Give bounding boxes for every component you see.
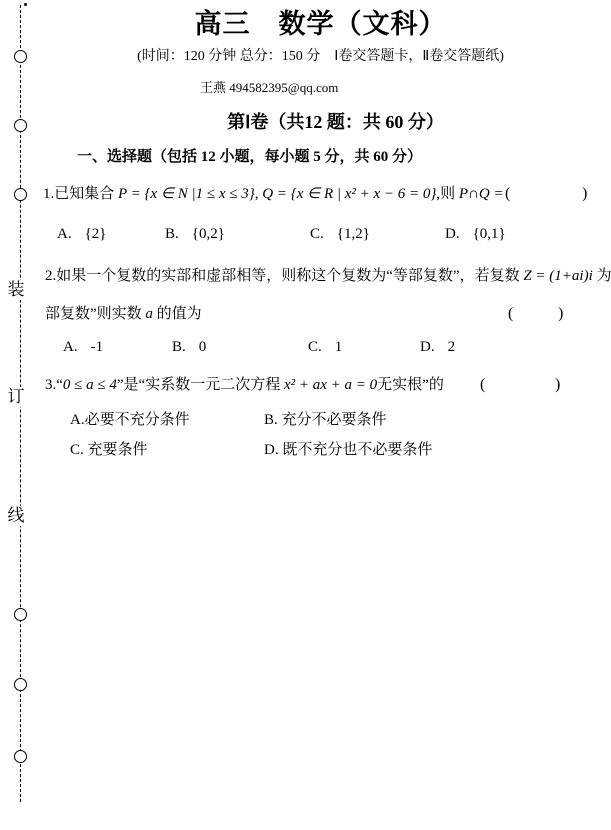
- q1-math-set-q: Q = {x ∈ R | x² + x − 6 = 0}: [262, 186, 436, 202]
- q2-answer-paren-open: (: [508, 304, 513, 324]
- q3-answer-paren-open: (: [480, 375, 485, 395]
- exam-info-line: (时间：120 分钟 总分：150 分 Ⅰ卷交答题卡，Ⅱ卷交答题纸): [30, 45, 611, 65]
- q1-option-c-label: C.: [310, 226, 324, 242]
- q2-option-a-value: -1: [91, 339, 104, 355]
- q2-option-b: B.0: [172, 337, 206, 357]
- q3-option-a: A.必要不充分条件: [70, 410, 190, 430]
- q2-text-line2-post: 的值为: [153, 306, 202, 322]
- section-1-title: 第Ⅰ卷（共12 题：共 60 分）: [60, 108, 611, 134]
- q3-math-inequality: 0 ≤ a ≤ 4: [63, 377, 117, 393]
- q3-math-quadratic: x² + ax + a = 0: [284, 377, 377, 393]
- q2-option-d-value: 2: [448, 339, 456, 355]
- q2-text-line2-pre: 部复数”则实数: [45, 306, 145, 322]
- q3-answer-paren-close: ): [555, 375, 560, 395]
- multiple-choice-heading: 一、选择题（包括 12 小题，每小题 5 分，共 60 分）: [77, 145, 422, 166]
- question-3-options-row2: C. 充要条件 D. 既不充分也不必要条件: [0, 440, 611, 462]
- q3-text-post: 无实根”的: [377, 377, 444, 393]
- q1-option-c: C.{1,2}: [310, 224, 370, 244]
- q2-option-c: C.1: [308, 337, 342, 357]
- page-title: 高三 数学（文科）: [30, 2, 611, 41]
- q1-option-a-value: {2}: [85, 226, 107, 242]
- q3-option-c: C. 充要条件: [70, 440, 148, 460]
- q1-option-b: B.{0,2}: [165, 224, 225, 244]
- q3-option-d: D. 既不充分也不必要条件: [264, 440, 432, 460]
- q2-text-line1-post: 为“等: [593, 268, 611, 284]
- q3-text-pre: 3.“: [45, 377, 63, 393]
- q1-option-b-value: {0,2}: [192, 226, 225, 242]
- q1-math-intersection: P∩Q =: [459, 186, 504, 202]
- stray-mark: [24, 3, 27, 6]
- question-1-text: 1.已知集合 P = {x ∈ N |1 ≤ x ≤ 3}, Q = {x ∈ …: [0, 184, 611, 204]
- binding-hole: [14, 119, 27, 132]
- question-1-options: A.{2} B.{0,2} C.{1,2} D.{0,1}: [0, 224, 611, 246]
- question-2-text-line1: 2.如果一个复数的实部和虚部相等，则称这个复数为“等部复数”，若复数 Z = (…: [0, 266, 611, 286]
- exam-paper-page: 装 订 线 高三 数学（文科） (时间：120 分钟 总分：150 分 Ⅰ卷交答…: [0, 0, 611, 830]
- q2-math-complex: Z = (1+ai)i: [523, 268, 592, 284]
- question-2-options: A.-1 B.0 C.1 D.2: [0, 337, 611, 359]
- q2-option-d-label: D.: [420, 339, 435, 355]
- question-2-text-line2: 部复数”则实数 a 的值为 ( ): [0, 304, 611, 324]
- q1-option-d-value: {0,1}: [473, 226, 506, 242]
- binding-hole: [14, 750, 27, 763]
- q1-option-a-label: A.: [57, 226, 72, 242]
- q1-text-mid: ,则: [436, 186, 459, 202]
- binding-hole: [14, 608, 27, 621]
- binding-hole: [14, 678, 27, 691]
- q2-option-d: D.2: [420, 337, 455, 357]
- q1-option-b-label: B.: [165, 226, 179, 242]
- q1-option-c-value: {1,2}: [337, 226, 370, 242]
- author-contact-line: 王燕 494582395@qq.com: [200, 77, 338, 96]
- q2-math-variable-a: a: [145, 306, 153, 322]
- q2-option-c-value: 1: [335, 339, 343, 355]
- q1-math-set-p: P = {x ∈ N |1 ≤ x ≤ 3}: [118, 186, 255, 202]
- q1-option-d-label: D.: [445, 226, 460, 242]
- binding-label-xian: 线: [5, 506, 27, 526]
- q2-option-a-label: A.: [63, 339, 78, 355]
- binding-hole: [14, 50, 27, 63]
- question-3-options-row1: A.必要不充分条件 B. 充分不必要条件: [0, 410, 611, 432]
- q1-answer-paren-close: ): [582, 184, 587, 204]
- q2-option-a: A.-1: [63, 337, 103, 357]
- q2-option-b-label: B.: [172, 339, 186, 355]
- q2-text-line1-pre: 2.如果一个复数的实部和虚部相等，则称这个复数为“等部复数”，若复数: [45, 268, 523, 284]
- q2-answer-paren-close: ): [558, 304, 563, 324]
- question-3-text: 3.“0 ≤ a ≤ 4”是“实系数一元二次方程 x² + ax + a = 0…: [0, 375, 611, 395]
- q1-option-d: D.{0,1}: [445, 224, 506, 244]
- q2-option-b-value: 0: [199, 339, 207, 355]
- q3-text-mid: ”是“实系数一元二次方程: [117, 377, 284, 393]
- q2-option-c-label: C.: [308, 339, 322, 355]
- q1-option-a: A.{2}: [57, 224, 107, 244]
- q3-option-b: B. 充分不必要条件: [264, 410, 387, 430]
- q1-text-pre: 1.已知集合: [43, 186, 118, 202]
- q1-answer-paren-open: (: [505, 184, 510, 204]
